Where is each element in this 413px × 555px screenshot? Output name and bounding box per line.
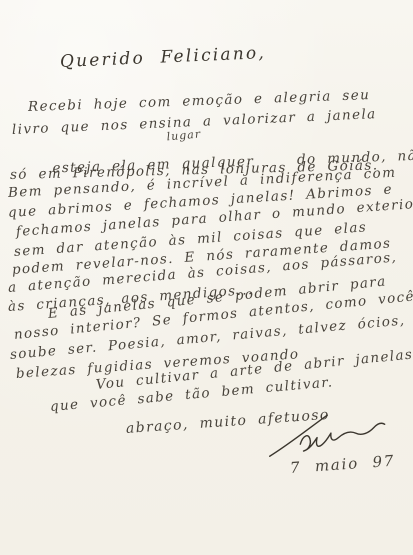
- inserted-word: lugar: [166, 127, 201, 143]
- letter-paper: Querido Feliciano, Recebi hoje com emoçã…: [0, 0, 413, 555]
- salutation: Querido Feliciano,: [60, 43, 267, 72]
